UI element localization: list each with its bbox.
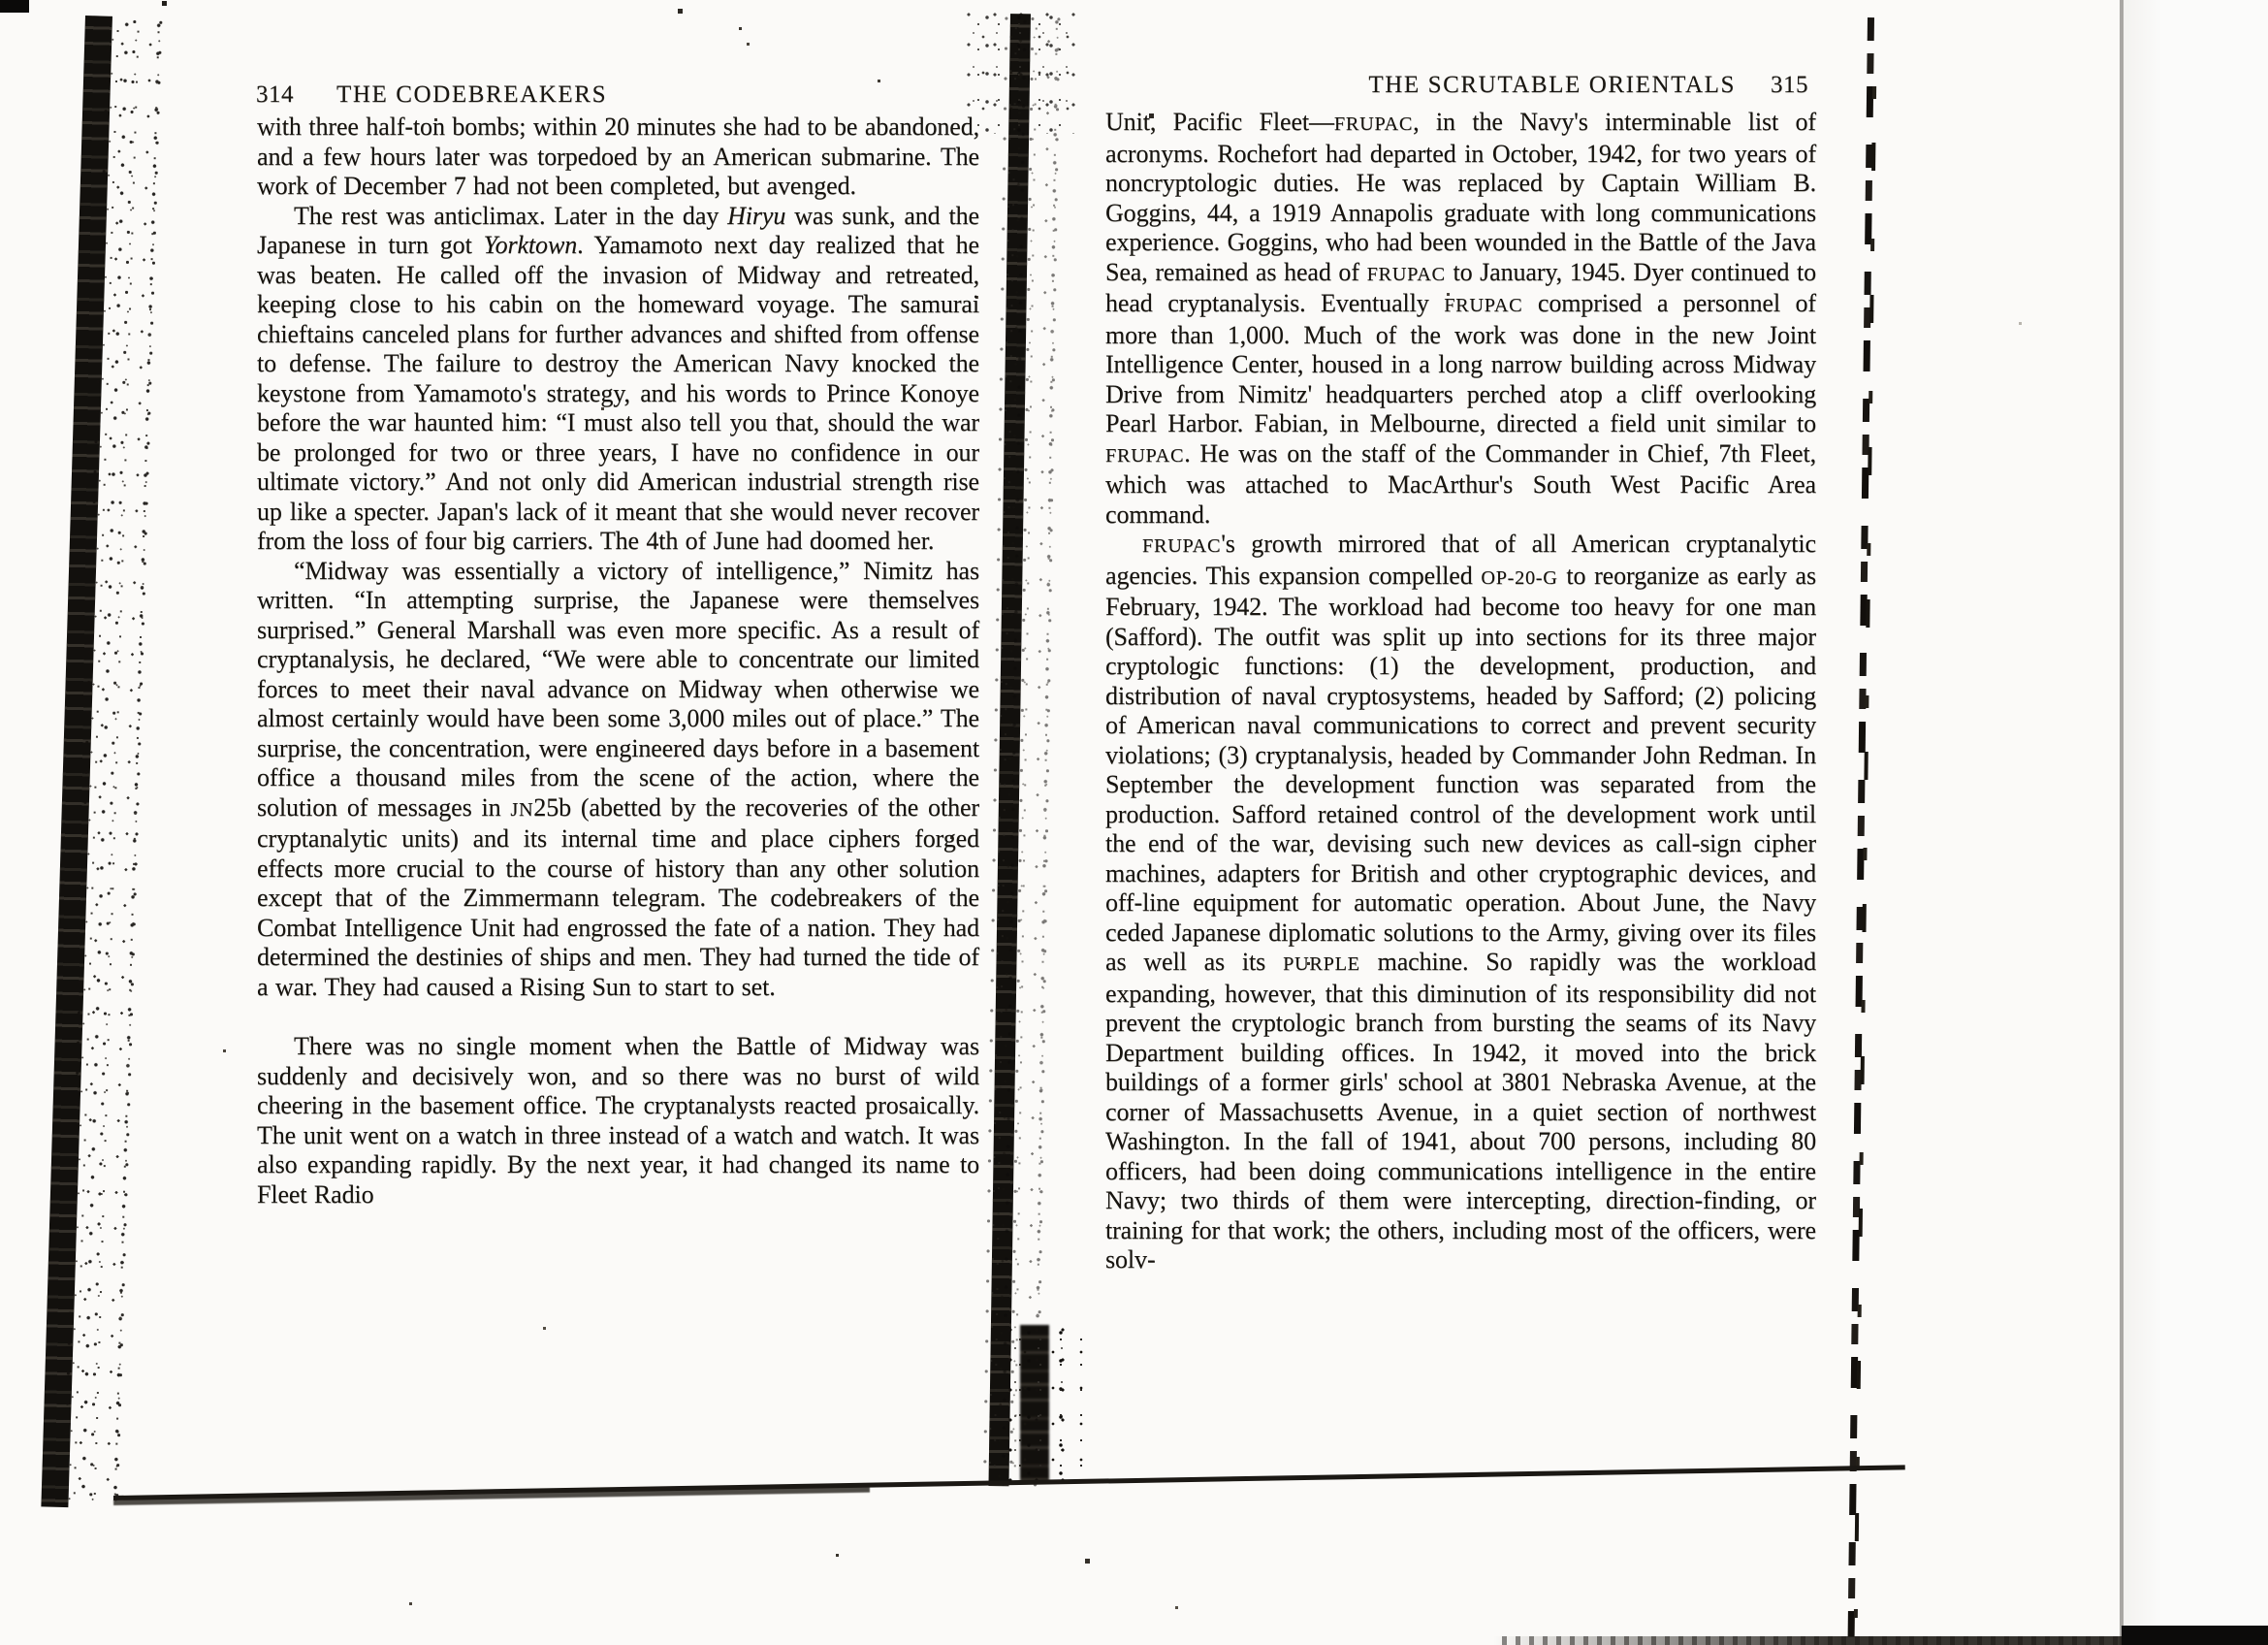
left-page-text: with three half-ton bombs; within 20 min… [257, 113, 979, 1210]
scan-gutter-speckle [980, 14, 1072, 1487]
right-page-number: 315 [1771, 72, 1808, 98]
scan-gutter-shadow [980, 14, 1072, 1487]
scan-platen-line [2120, 0, 2124, 1645]
paragraph: The rest was anticlimax. Later in the da… [257, 202, 979, 557]
paragraph: with three half-ton bombs; within 20 min… [257, 113, 979, 202]
paragraph: “Midway was essentially a victory of int… [257, 557, 979, 1003]
scan-noise-dots [0, 0, 3, 3]
scan-gutter-bottom-dots [1006, 1325, 1084, 1482]
paragraph: There was no single moment when the Batt… [257, 1032, 979, 1210]
right-page-running-head: THE SCRUTABLE ORIENTALS315 [1105, 72, 1808, 99]
scanned-book-spread: 314THE CODEBREAKERS with three half-ton … [0, 0, 2268, 1645]
right-running-title: THE SCRUTABLE ORIENTALS [1368, 72, 1736, 98]
left-running-title: THE CODEBREAKERS [336, 81, 607, 108]
right-page-text: Unit, Pacific Fleet—FRUPAC, in the Navy'… [1105, 108, 1816, 1275]
scan-bottom-smudge [1493, 1636, 2122, 1645]
scan-platen-strip [2124, 0, 2268, 1645]
scan-gutter-bottom-speckle [1006, 1325, 1084, 1482]
scan-left-edge-artifact [41, 16, 178, 1509]
left-page-running-head: 314THE CODEBREAKERS [256, 81, 607, 109]
scan-bottom-right-artifact [2122, 1626, 2268, 1645]
paragraph: Unit, Pacific Fleet—FRUPAC, in the Navy'… [1105, 108, 1816, 530]
scan-gutter-top-speckle [965, 10, 1079, 134]
scan-right-page-edge [1848, 17, 1883, 1637]
scan-corner-artifact [0, 0, 29, 13]
left-page-number: 314 [256, 81, 294, 108]
paragraph: FRUPAC's growth mirrored that of all Ame… [1105, 530, 1816, 1275]
